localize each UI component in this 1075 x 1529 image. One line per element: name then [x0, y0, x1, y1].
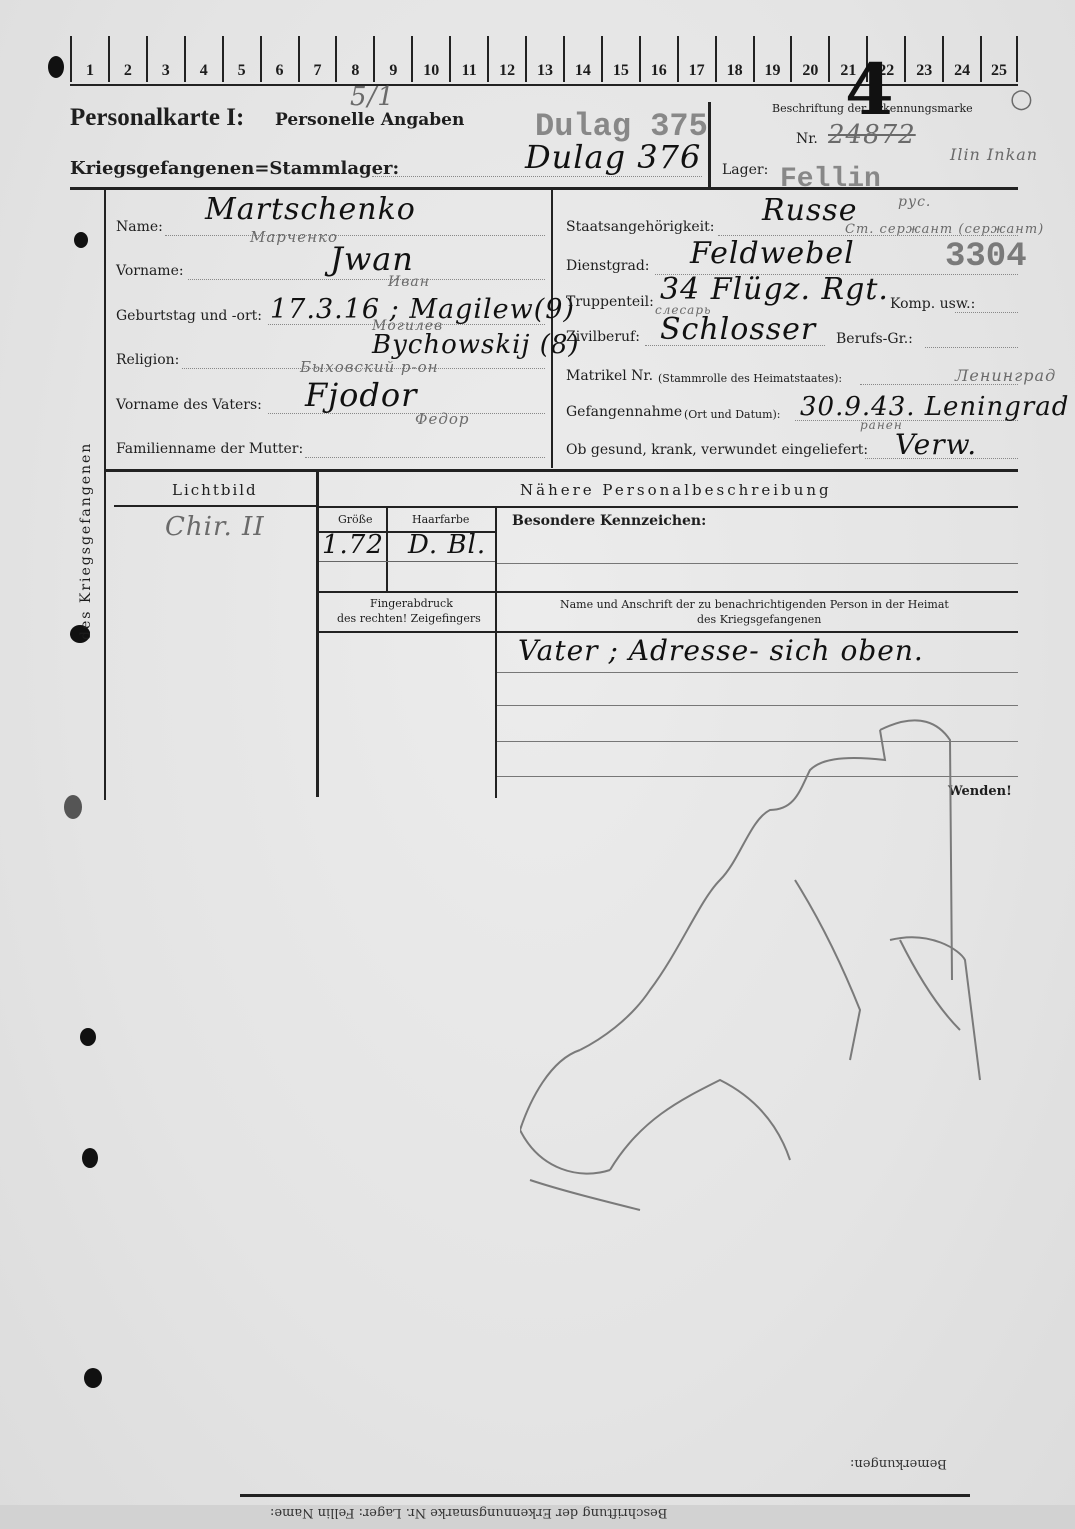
ruler-cell: 1 — [70, 36, 108, 82]
side-rule — [104, 190, 106, 800]
circle-mark: ○ — [1010, 84, 1034, 114]
stamp-number: 3304 — [945, 238, 1027, 276]
signature-scribble — [520, 700, 990, 1220]
pencil-mark-top: 5/1 — [350, 82, 395, 112]
ruler-cell: 9 — [373, 36, 411, 82]
rank-cyrillic: Ст. сержант (сержант) — [845, 222, 1044, 237]
ruler-cell: 8 — [335, 36, 373, 82]
religion-label: Religion: — [116, 352, 179, 368]
contact-line-1 — [497, 672, 1018, 673]
lager-label: Lager: — [722, 162, 768, 178]
bottom-rule — [240, 1494, 970, 1497]
name-cyrillic: Марченко — [250, 228, 338, 246]
komp-label: Komp. usw.: — [890, 296, 975, 312]
ruler-cell: 24 — [942, 36, 980, 82]
gesund-label: Ob gesund, krank, verwundet eingeliefert… — [566, 442, 868, 458]
side-label: des Kriegsgefangenen — [78, 442, 94, 640]
ruler-cell: 2 — [108, 36, 146, 82]
beruf-label: Zivilberuf: — [566, 329, 640, 345]
ruler-cell: 14 — [563, 36, 601, 82]
finger-rule — [319, 591, 1018, 593]
punch-hole — [64, 795, 82, 819]
header-rule — [70, 187, 1018, 190]
ruler-cell: 15 — [601, 36, 639, 82]
camp-line — [372, 176, 702, 177]
religion-cyrillic: Быховский р-он — [300, 358, 439, 376]
card-subtitle: Personelle Angaben — [275, 110, 464, 130]
section-title-rule — [319, 506, 1018, 508]
punch-hole — [82, 1148, 98, 1168]
geburt-value-2: Bychowskij (8) — [372, 330, 580, 360]
groesse-value: 1.72 — [322, 530, 384, 560]
gefangen-label: Gefangennahme — [566, 404, 682, 420]
kennzeichen-line — [497, 563, 1018, 564]
camp-handwritten: Dulag 376 — [525, 138, 701, 176]
haar-value: D. Bl. — [408, 530, 486, 560]
punch-hole — [48, 56, 64, 78]
vorname-value: Jwan — [330, 240, 414, 278]
haar-label: Haarfarbe — [412, 513, 469, 526]
section-rule — [104, 469, 1018, 472]
contact-rule — [319, 631, 1018, 633]
unit-label: Truppenteil: — [566, 294, 654, 310]
ruler-cell: 10 — [411, 36, 449, 82]
gefangen-sublabel: (Ort und Datum): — [684, 408, 781, 421]
vater-value: Fjodor — [305, 376, 417, 414]
name-line — [165, 235, 545, 236]
matrikel-value: Ленинград — [955, 366, 1056, 385]
finger-label-2: des rechten! Zeigefingers — [337, 612, 481, 625]
punch-hole — [80, 1028, 96, 1046]
rank-value: Feldwebel — [690, 236, 855, 271]
unit-value: 34 Flügz. Rgt. — [660, 272, 889, 307]
matrikel-label: Matrikel Nr. — [566, 368, 653, 384]
ruler-cell: 16 — [639, 36, 677, 82]
ruler-cell: 6 — [260, 36, 298, 82]
geburt-label: Geburtstag und -ort: — [116, 308, 262, 324]
middle-divider — [551, 190, 553, 468]
size-divider — [386, 508, 388, 592]
staat-label: Staatsangehörigkeit: — [566, 219, 715, 235]
section-title: Nähere Personalbeschreibung — [520, 481, 832, 499]
rank-label: Dienstgrad: — [566, 258, 650, 274]
finger-label-1: Fingerabdruck — [370, 597, 453, 610]
large-number-mark: 4 — [845, 48, 895, 131]
contact-label-2: des Kriegsgefangenen — [697, 613, 821, 626]
photo-note: Chir. II — [165, 512, 265, 542]
photo-rule — [114, 505, 316, 507]
mutter-line — [305, 457, 545, 458]
pencil-note-right: Ilin Inkan — [950, 145, 1038, 164]
ruler-cell: 17 — [677, 36, 715, 82]
bemerkungen-label: Bemerkungen: — [850, 1456, 947, 1471]
ruler-cell: 23 — [904, 36, 942, 82]
vorname-line — [188, 279, 545, 280]
gefangen-value: 30.9.43. Leningrad — [800, 392, 1069, 422]
ruler-cell: 4 — [184, 36, 222, 82]
ruler-cell: 20 — [790, 36, 828, 82]
contact-label-1: Name und Anschrift der zu benachrichtige… — [560, 598, 949, 611]
punch-hole — [84, 1368, 102, 1388]
vorname-cyrillic: Иван — [388, 274, 430, 290]
ruler-cell: 5 — [222, 36, 260, 82]
groesse-label: Größe — [338, 513, 373, 526]
staat-cyrillic: рус. — [898, 194, 931, 210]
bottom-mirror-strip: Beschriftung der Erkennungsmarke Nr. Lag… — [270, 1505, 667, 1520]
kennzeichen-label: Besondere Kennzeichen: — [512, 513, 706, 529]
komp-line — [955, 312, 1018, 313]
size-rule-2 — [319, 561, 495, 562]
card-title: Personalkarte I: — [70, 104, 244, 132]
header-divider — [708, 102, 711, 187]
matrikel-sublabel: (Stammrolle des Heimatstaates): — [658, 372, 842, 385]
berufsgr-line — [925, 347, 1018, 348]
vater-label: Vorname des Vaters: — [116, 397, 262, 413]
punch-hole — [74, 232, 88, 248]
camp-label: Kriegsgefangenen=Stammlager: — [70, 158, 399, 179]
ruler-cell: 25 — [980, 36, 1018, 82]
ruler-cell: 7 — [298, 36, 336, 82]
beruf-value: Schlosser — [660, 312, 816, 347]
photo-divider — [316, 472, 319, 797]
document-page: 1234567891011121314151617181920212223242… — [0, 0, 1075, 1529]
ruler-cell: 18 — [715, 36, 753, 82]
vater-cyrillic: Федор — [415, 410, 469, 428]
photo-label: Lichtbild — [172, 481, 258, 499]
ruler-cell: 3 — [146, 36, 184, 82]
ruler-cell: 12 — [487, 36, 525, 82]
staat-value: Russe — [762, 193, 857, 228]
contact-value: Vater ; Adresse- sich oben. — [518, 634, 924, 667]
ruler-cell: 19 — [753, 36, 791, 82]
ruler-cell: 13 — [525, 36, 563, 82]
nr-label: Nr. — [796, 131, 818, 147]
desc-divider — [495, 508, 497, 798]
name-label: Name: — [116, 219, 163, 235]
vorname-label: Vorname: — [116, 263, 184, 279]
berufsgr-label: Berufs-Gr.: — [836, 331, 913, 347]
name-value: Martschenko — [205, 192, 416, 227]
lager-stamp: Fellin — [780, 164, 881, 195]
ruler-cell: 11 — [449, 36, 487, 82]
mutter-label: Familienname der Mutter: — [116, 441, 303, 457]
gesund-value: Verw. — [895, 428, 977, 461]
